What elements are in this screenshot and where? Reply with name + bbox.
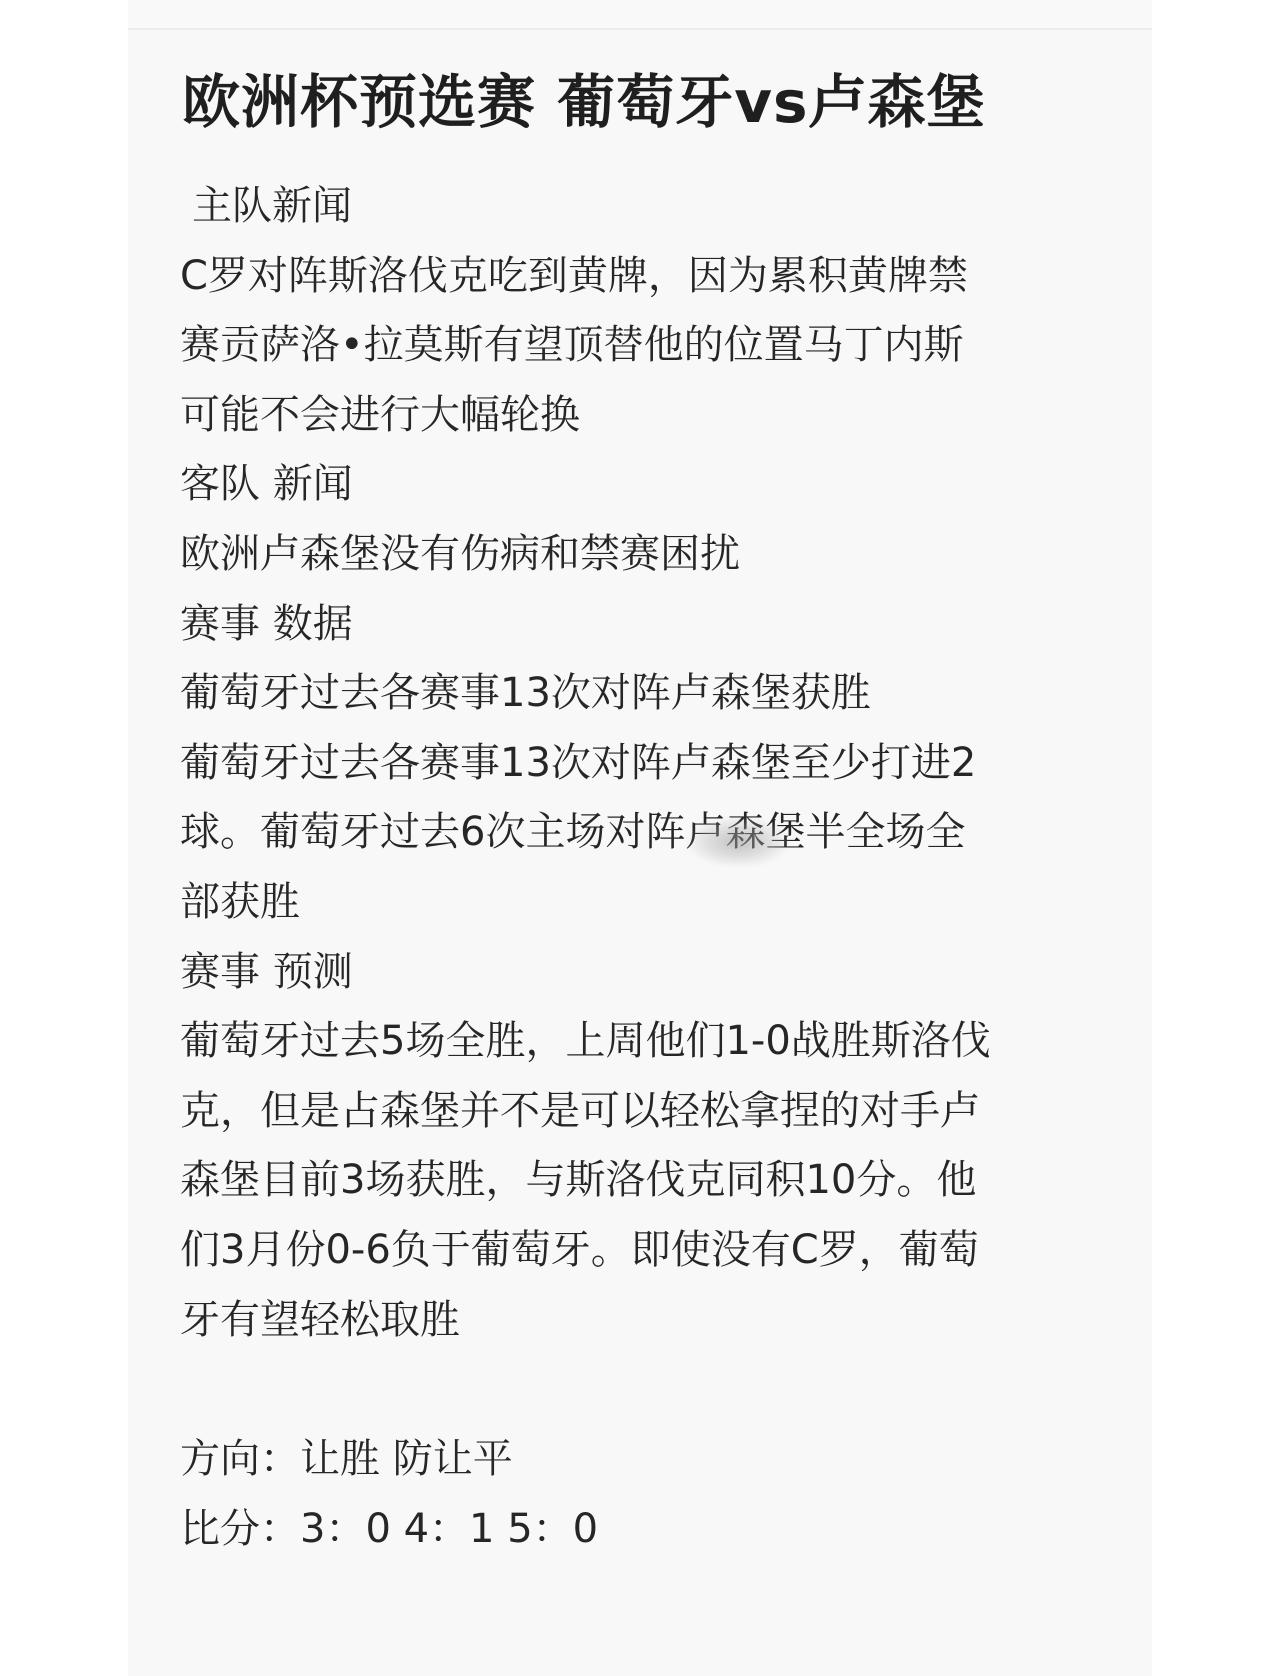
match-stats-line: 球。葡萄牙过去6次主场对阵卢森堡半全场全 [180, 798, 1140, 868]
prediction-line: 牙有望轻松取胜 [180, 1286, 1140, 1356]
article-body: 主队新闻 C罗对阵斯洛伐克吃到黄牌，因为累积黄牌禁 赛贡萨洛•拉莫斯有望顶替他的… [180, 172, 1140, 1564]
article-card: 欧洲杯预选赛 葡萄牙vs卢森堡 主队新闻 C罗对阵斯洛伐克吃到黄牌，因为累积黄牌… [128, 0, 1152, 1676]
top-strip [128, 0, 1152, 28]
home-news-line: 可能不会进行大幅轮换 [180, 381, 1140, 451]
home-news-line: 赛贡萨洛•拉莫斯有望顶替他的位置马丁内斯 [180, 311, 1140, 381]
match-stats-line: 葡萄牙过去各赛事13次对阵卢森堡获胜 [180, 659, 1140, 729]
section-heading-away-news: 客队 新闻 [180, 450, 1140, 520]
prediction-line: 森堡目前3场获胜，与斯洛伐克同积10分。他 [180, 1146, 1140, 1216]
prediction-line: 们3月份0-6负于葡萄牙。即使没有C罗，葡萄 [180, 1216, 1140, 1286]
home-news-line: C罗对阵斯洛伐克吃到黄牌，因为累积黄牌禁 [180, 242, 1140, 312]
match-stats-line: 部获胜 [180, 868, 1140, 938]
section-heading-home-news: 主队新闻 [180, 172, 1140, 242]
article-title: 欧洲杯预选赛 葡萄牙vs卢森堡 [182, 62, 986, 142]
away-news-line: 欧洲卢森堡没有伤病和禁赛困扰 [180, 520, 1140, 590]
section-heading-prediction: 赛事 预测 [180, 938, 1140, 1008]
section-heading-match-stats: 赛事 数据 [180, 590, 1140, 660]
header-divider [128, 28, 1152, 30]
paragraph-spacer [180, 1355, 1140, 1425]
prediction-line: 克，但是占森堡并不是可以轻松拿捏的对手卢 [180, 1077, 1140, 1147]
match-stats-line: 葡萄牙过去各赛事13次对阵卢森堡至少打进2 [180, 729, 1140, 799]
tip-direction: 方向：让胜 防让平 [180, 1425, 1140, 1495]
tip-score: 比分：3：0 4：1 5：0 [180, 1495, 1140, 1565]
prediction-line: 葡萄牙过去5场全胜，上周他们1-0战胜斯洛伐 [180, 1007, 1140, 1077]
